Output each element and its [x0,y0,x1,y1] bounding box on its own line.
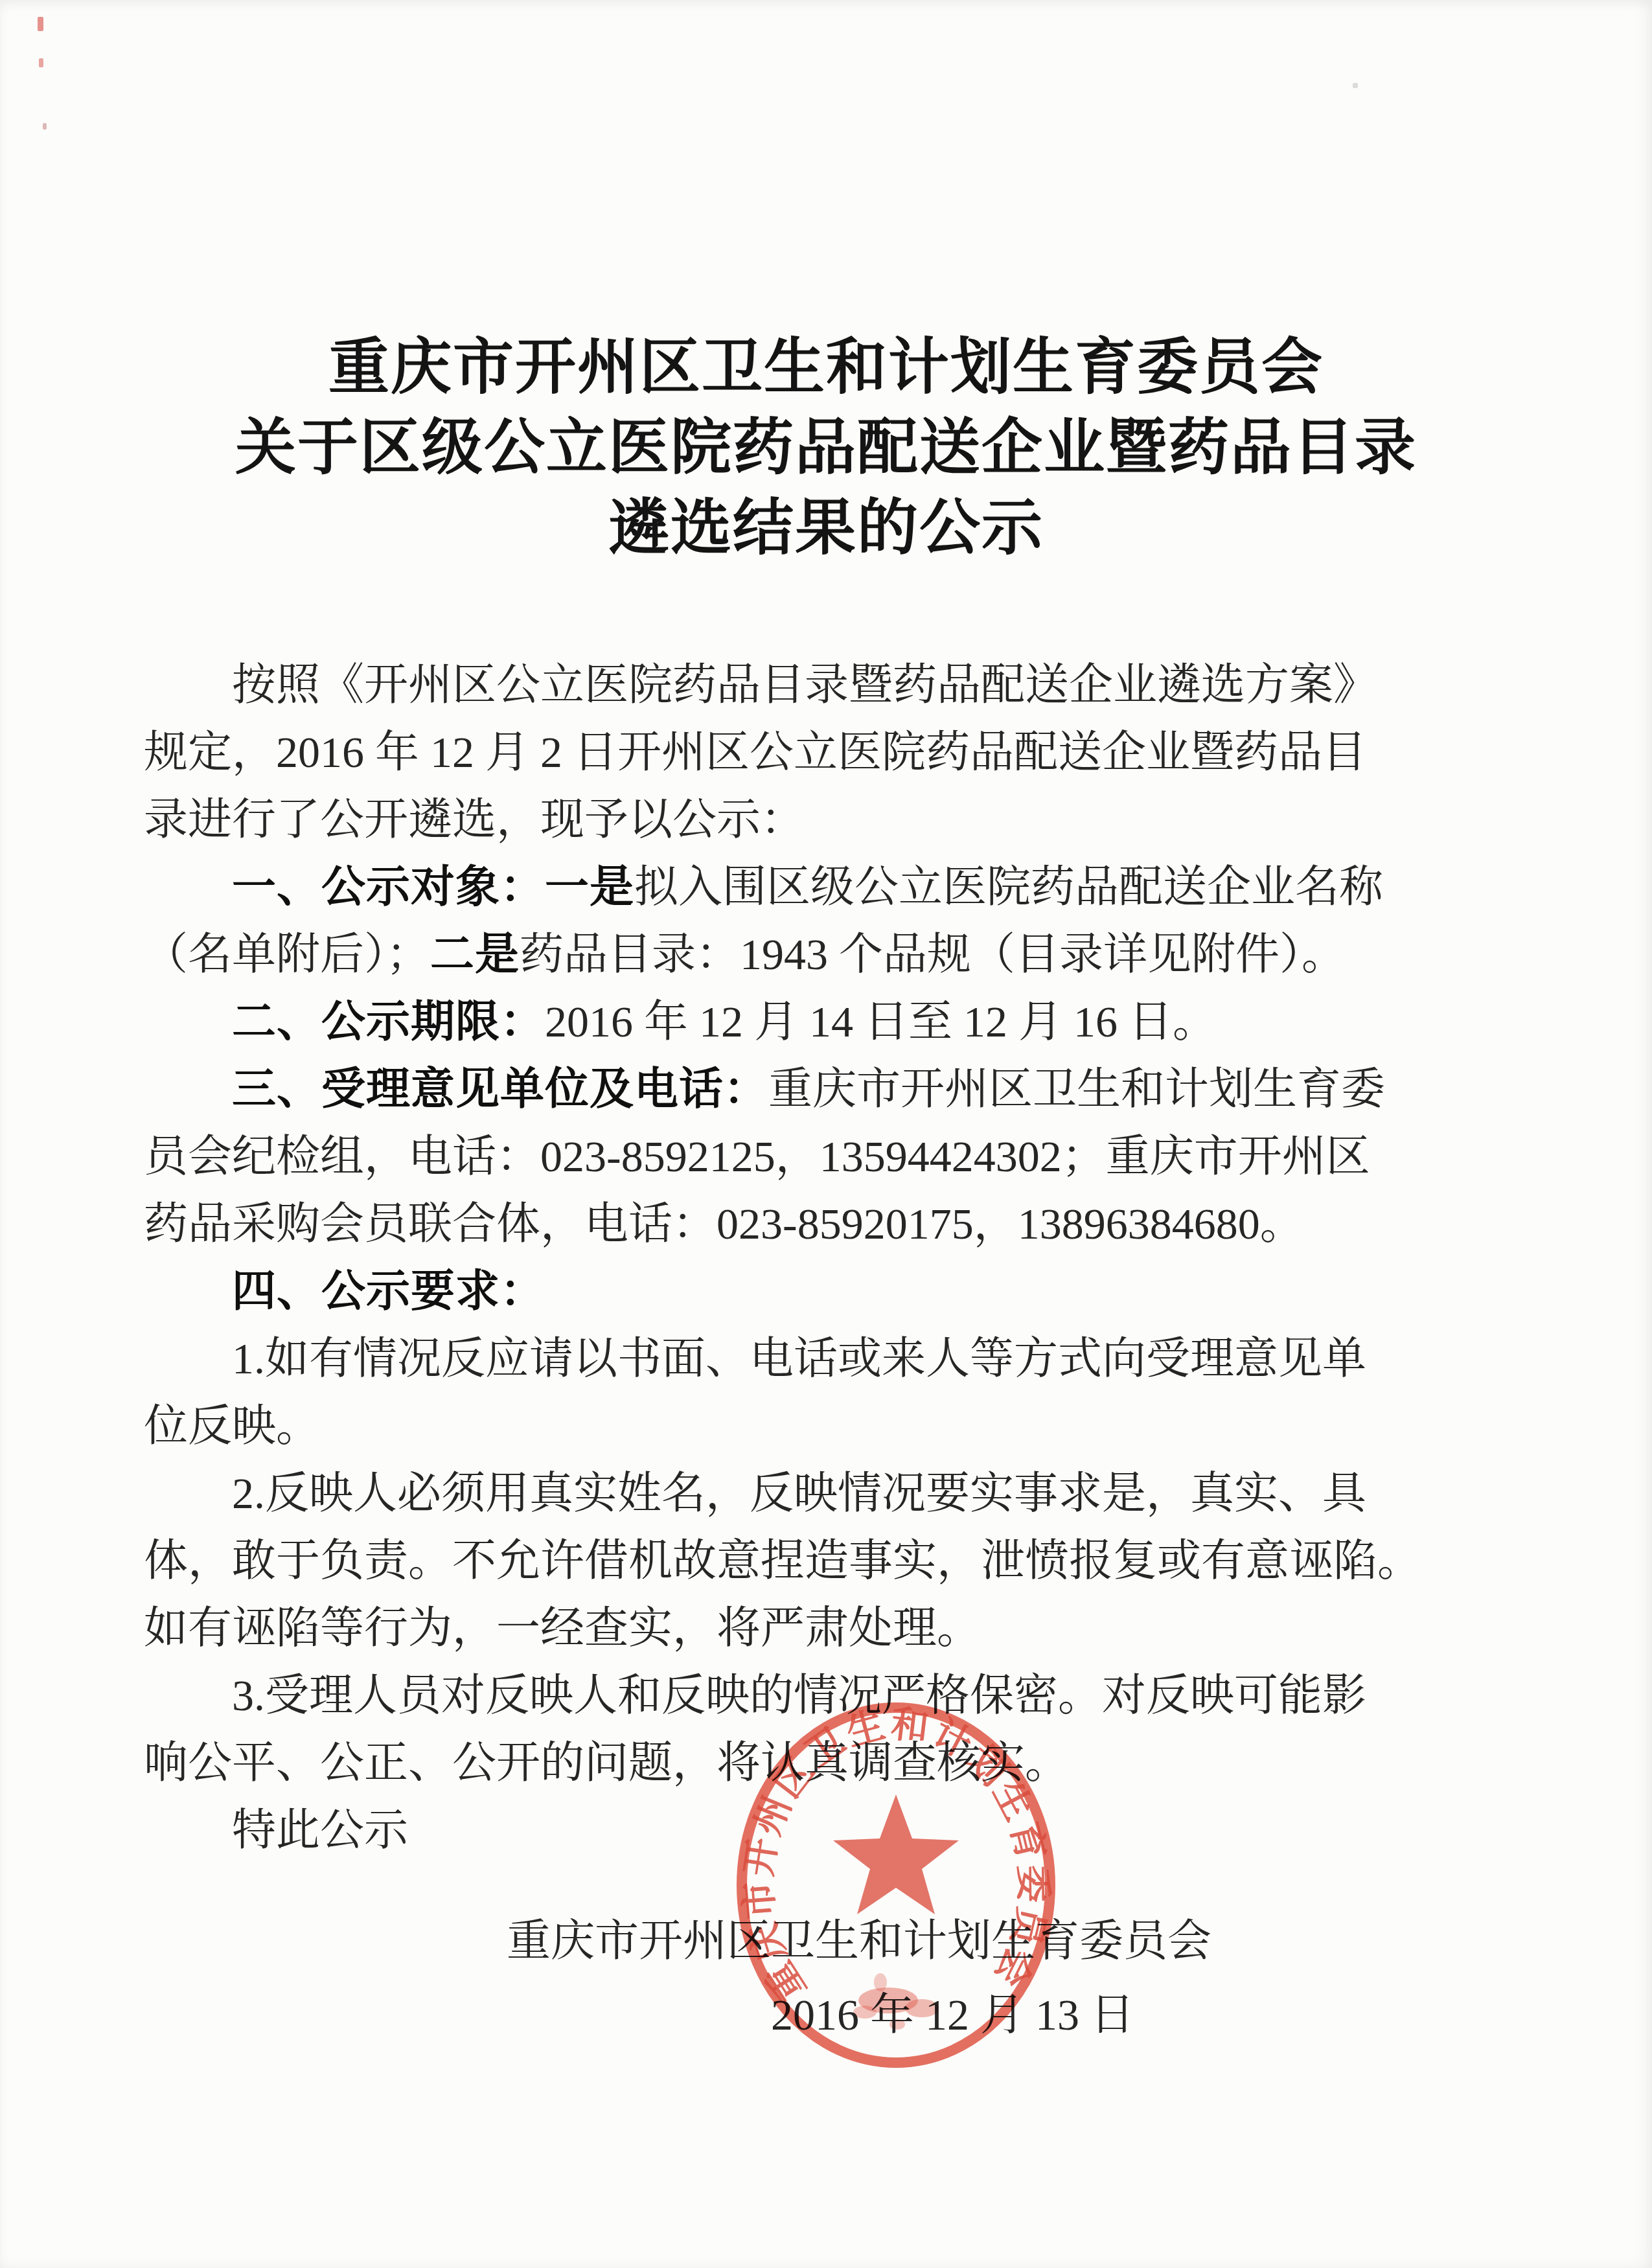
body-segment: 1.如有情况反应请以书面、电话或来人等方式向受理意见单 [232,1334,1366,1383]
body-line: （名单附后）；二是药品目录：1943 个品规（目录详见附件）。 [144,921,1513,988]
body-line: 按照《开州区公立医院药品目录暨药品配送企业遴选方案》 [144,651,1513,718]
body-line: 如有诬陷等行为，一经查实，将严肃处理。 [144,1594,1513,1662]
title-line-1: 重庆市开州区卫生和计划生育委员会 [0,327,1652,407]
body-segment-bold: 一是 [545,862,634,911]
body-segment: 拟入围区级公立医院药品配送企业名称 [634,862,1383,911]
body-segment-bold: 二是 [430,930,520,979]
scan-speck [43,123,47,130]
body-segment: 位反映。 [144,1401,320,1450]
body-segment: 2.反映人必须用真实姓名，反映情况要实事求是，真实、具 [232,1469,1366,1518]
document-title: 重庆市开州区卫生和计划生育委员会 关于区级公立医院药品配送企业暨药品目录 遴选结… [0,327,1652,568]
body-line: 三、受理意见单位及电话：重庆市开州区卫生和计划生育委 [144,1055,1513,1123]
body-segment: （名单附后）； [144,930,430,979]
body-segment: 药品目录：1943 个品规（目录详见附件）。 [520,930,1346,979]
body-line: 员会纪检组，电话：023-8592125，13594424302；重庆市开州区 [144,1123,1513,1190]
document-page: 重庆市开州区卫生和计划生育委员会 关于区级公立医院药品配送企业暨药品目录 遴选结… [0,0,1652,2268]
scan-speck [38,17,43,31]
scan-speck [1353,83,1358,88]
body-line: 体，敢于负责。不允许借机故意捏造事实，泄愤报复或有意诬陷。 [144,1527,1513,1594]
body-segment-bold: 一、公示对象： [232,862,545,911]
body-segment-bold: 二、公示期限： [232,997,545,1046]
seal-ink-smudge [853,1973,939,2030]
seal-star [833,1794,959,1914]
body-segment-bold: 四、公示要求： [232,1266,545,1316]
scan-speck [39,58,43,67]
title-line-2: 关于区级公立医院药品配送企业暨药品目录 [0,407,1652,488]
body-line: 一、公示对象：一是拟入围区级公立医院药品配送企业名称 [144,853,1513,921]
body-segment: 录进行了公开遴选，现予以公示： [144,795,805,844]
body-segment: 药品采购会员联合体，电话：023-85920175，13896384680。 [144,1199,1304,1248]
signature-org: 重庆市开州区卫生和计划生育委员会 [507,1904,1652,1978]
body-line: 录进行了公开遴选，现予以公示： [144,786,1513,853]
body-segment: 特此公示 [232,1805,408,1855]
body-segment: 如有诬陷等行为，一经查实，将严肃处理。 [144,1603,981,1653]
body-segment-bold: 三、受理意见单位及电话： [232,1064,768,1114]
body-line: 药品采购会员联合体，电话：023-85920175，13896384680。 [144,1190,1513,1257]
body-segment: 规定，2016 年 12 月 2 日开州区公立医院药品配送企业暨药品目 [144,727,1366,777]
body-line: 2.反映人必须用真实姓名，反映情况要实事求是，真实、具 [144,1460,1513,1527]
body-line: 四、公示要求： [144,1257,1513,1325]
scanned-document: { "title_lines": [ "重庆市开州区卫生和计划生育委员会", "… [0,0,1652,2268]
title-line-3: 遴选结果的公示 [0,488,1652,568]
body-line: 位反映。 [144,1392,1513,1460]
body-segment: 体，敢于负责。不允许借机故意捏造事实，泄愤报复或有意诬陷。 [144,1536,1421,1585]
body-line: 二、公示期限：2016 年 12 月 14 日至 12 月 16 日。 [144,988,1513,1055]
body-segment: 员会纪检组，电话：023-8592125，13594424302；重庆市开州区 [144,1132,1370,1181]
body-line: 1.如有情况反应请以书面、电话或来人等方式向受理意见单 [144,1325,1513,1392]
official-seal: 重庆市开州区卫生和计划生育委员会 [728,1697,1064,2077]
body-text: 按照《开州区公立医院药品目录暨药品配送企业遴选方案》规定，2016 年 12 月… [144,651,1513,1864]
body-segment: 2016 年 12 月 14 日至 12 月 16 日。 [545,997,1217,1046]
body-segment: 按照《开州区公立医院药品目录暨药品配送企业遴选方案》 [232,660,1377,709]
body-line: 规定，2016 年 12 月 2 日开州区公立医院药品配送企业暨药品目 [144,718,1513,786]
body-segment: 重庆市开州区卫生和计划生育委 [768,1064,1385,1114]
